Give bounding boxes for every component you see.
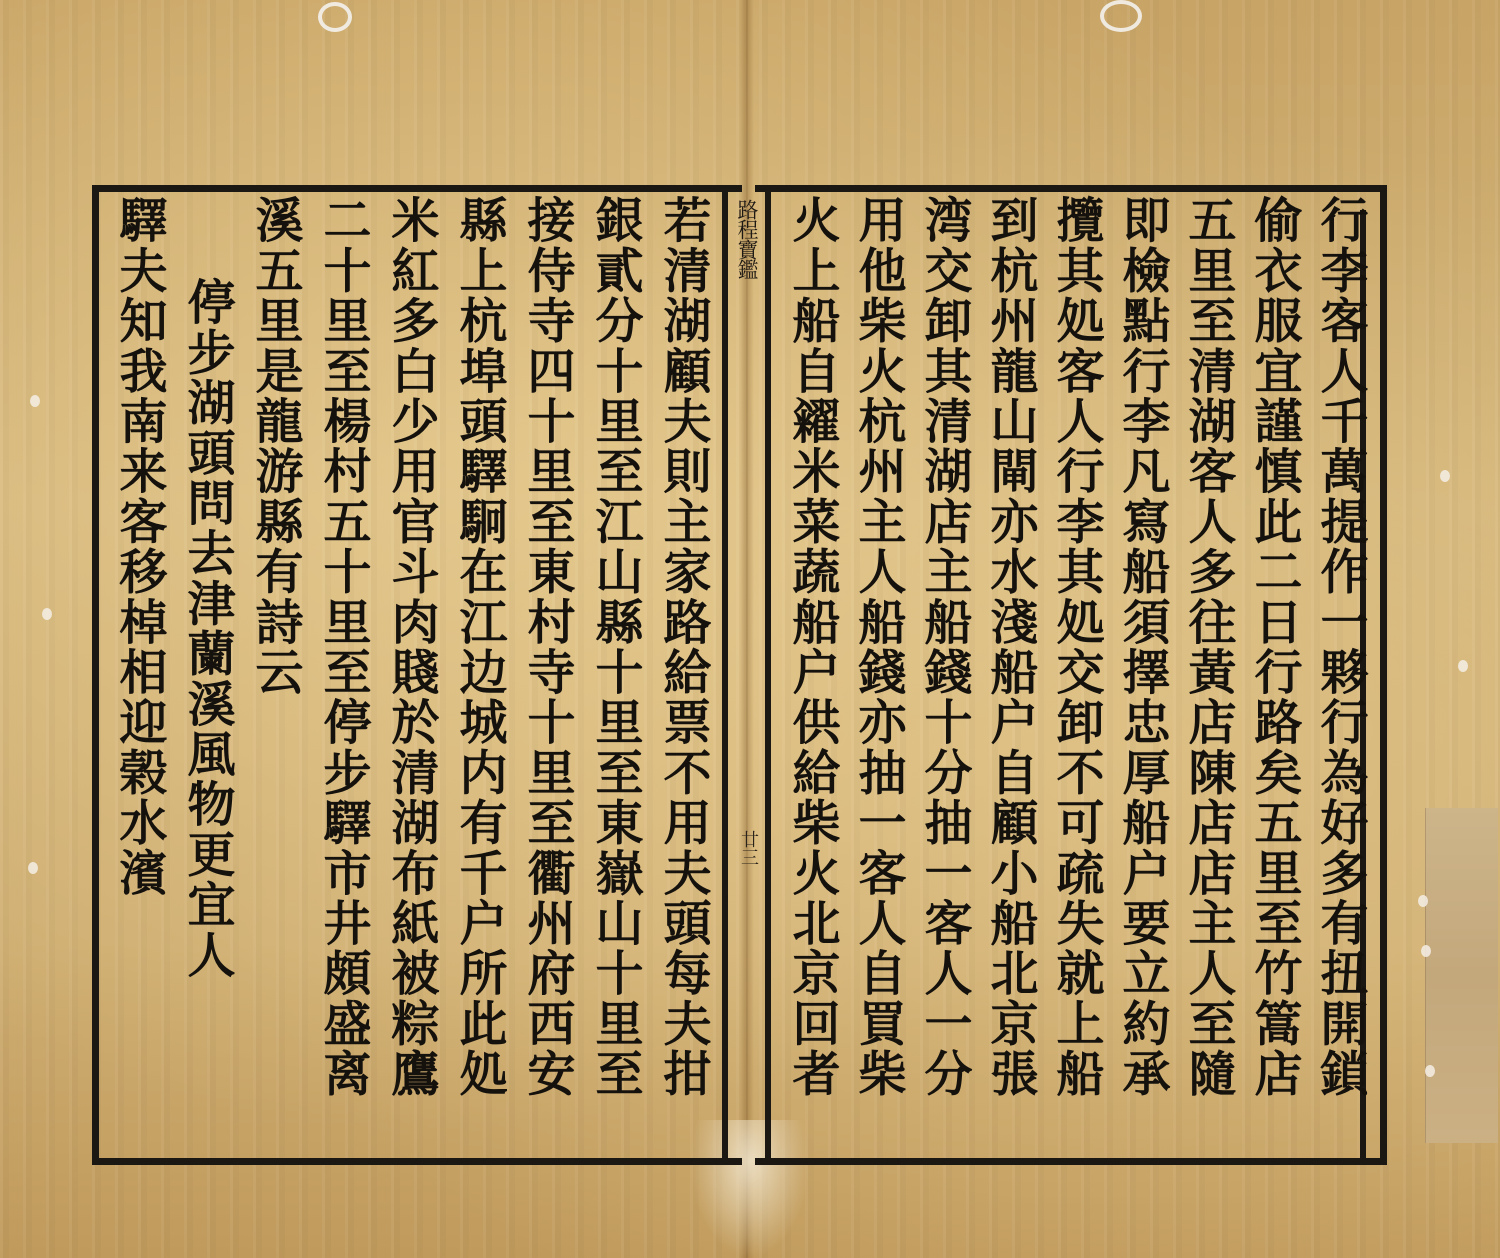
text-column: 用他柴火杭州主人船錢亦抽一客人自買柴 — [845, 195, 911, 1155]
text-column: 到杭州龍山閘亦水淺船户自顧小船北京張 — [977, 195, 1043, 1155]
folio-number: 廿三 — [734, 830, 760, 866]
text-column: 若清湖顧夫則主家路給票不用夫頭每夫拑 — [649, 195, 717, 1155]
text-column: 行李客人千萬提作一夥行為好多有扭開鎖 — [1307, 195, 1373, 1155]
worm-hole — [28, 862, 38, 874]
center-rule — [722, 185, 728, 1165]
book-spread: 路程寶鑑 廿三 行李客人千萬提作一夥行為好多有扭開鎖 偷衣服宜謹慎此二日行路矣五… — [0, 0, 1500, 1258]
worm-hole — [42, 608, 52, 620]
left-page-text: 若清湖顧夫則主家路給票不用夫頭每夫拑 銀貳分十里至江山縣十里至東嶽山十里至 接侍… — [102, 195, 717, 1155]
worm-hole — [318, 2, 352, 32]
text-column: 米紅多白少用官斗肉賤於清湖布紙被粽鷹 — [377, 195, 445, 1155]
text-column: 五里至清湖客人多往黃店陳店店主人至隨 — [1175, 195, 1241, 1155]
worm-hole — [1421, 945, 1431, 957]
text-column: 銀貳分十里至江山縣十里至東嶽山十里至 — [581, 195, 649, 1155]
poem-column: 停步湖頭問去津蘭溪風物更宜人 — [173, 195, 241, 1155]
poem-column: 驛夫知我南来客移棹相迎榖水濱 — [105, 195, 173, 1155]
text-column: 接侍寺四十里至東村寺十里至衢州府西安 — [513, 195, 581, 1155]
text-column: 二十里至楊村五十里至停步驛市井頗盛离 — [309, 195, 377, 1155]
poem-line: 蘭溪風物更宜人 — [179, 628, 235, 979]
paper-repair-patch — [1425, 808, 1498, 1143]
poem-line: 驛夫知我南来客 — [111, 195, 167, 546]
poem-line: 移棹相迎榖水濱 — [111, 546, 167, 897]
worm-hole — [1418, 895, 1428, 907]
poem-line: 停步湖頭問去津 — [179, 277, 235, 628]
right-page-text: 行李客人千萬提作一夥行為好多有扭開鎖 偷衣服宜謹慎此二日行路矣五里至竹篙店 五里… — [765, 195, 1373, 1155]
text-column: 攬其処客人行李其処交卸不可疏失就上船 — [1043, 195, 1109, 1155]
text-column: 火上船自糴米菜蔬船户供給柴火北京回者 — [779, 195, 845, 1155]
text-column: 偷衣服宜謹慎此二日行路矣五里至竹篙店 — [1241, 195, 1307, 1155]
worm-hole — [1440, 470, 1450, 482]
worm-hole — [30, 395, 40, 407]
text-column: 溪五里是龍游縣有詩云 — [241, 195, 309, 1155]
text-column: 湾交卸其清湖店主船錢十分抽一客人一分 — [911, 195, 977, 1155]
worm-hole — [1100, 0, 1142, 32]
book-title: 路程寶鑑 — [734, 199, 760, 279]
text-column: 即檢點行李凡寫船須擇忠厚船户要立約承 — [1109, 195, 1175, 1155]
text-column: 縣上杭埠頭驛駉在江边城内有千户所此処 — [445, 195, 513, 1155]
worm-hole — [1458, 660, 1468, 672]
worm-hole — [1425, 1065, 1435, 1077]
